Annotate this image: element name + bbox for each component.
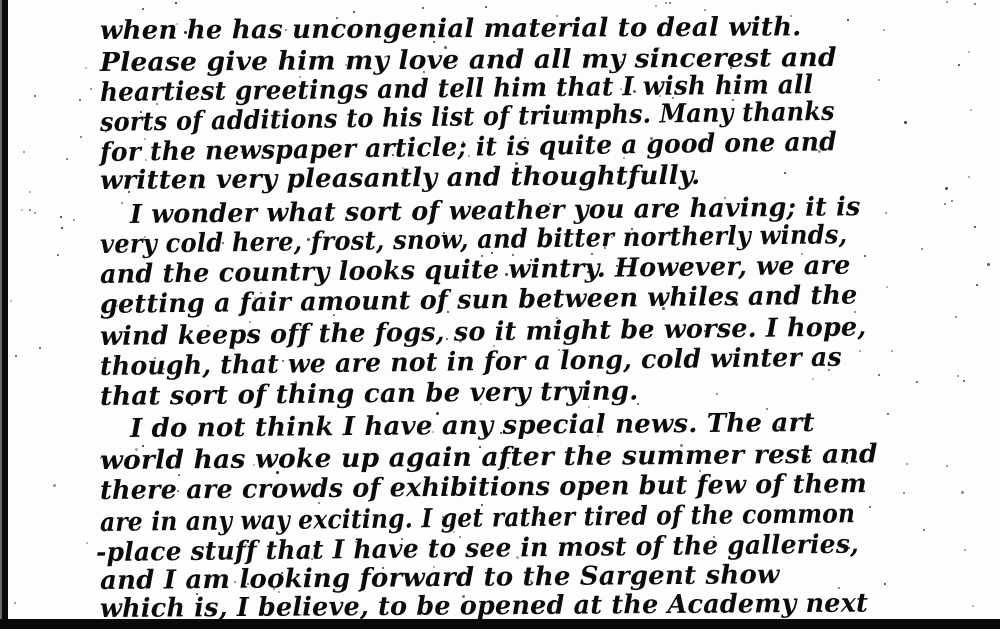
- letter-line: I do not think I have any special news. …: [130, 408, 815, 444]
- scan-speck: [680, 444, 683, 447]
- scan-speck: [556, 317, 558, 319]
- scan-speck: [443, 232, 445, 234]
- scan-speck: [39, 347, 41, 349]
- scan-speck: [260, 292, 262, 294]
- scan-speck: [724, 197, 726, 199]
- scan-speck: [423, 71, 425, 73]
- scan-speck: [846, 462, 848, 464]
- scan-speck: [402, 175, 404, 177]
- scan-speck: [144, 138, 146, 140]
- scan-speck: [869, 506, 871, 508]
- scan-speck: [945, 187, 948, 190]
- scan-speck: [854, 311, 856, 313]
- scan-speck: [539, 511, 541, 513]
- scan-speck: [864, 255, 866, 257]
- scan-speck: [658, 47, 660, 49]
- scan-speck: [818, 150, 821, 153]
- scan-speck: [906, 463, 908, 465]
- scan-speck: [80, 136, 82, 138]
- scan-speck: [128, 520, 130, 522]
- scan-speck: [282, 217, 284, 219]
- scan-speck: [234, 581, 236, 583]
- scan-speck: [222, 242, 224, 244]
- scan-speck: [196, 593, 198, 595]
- scan-speck: [481, 255, 483, 257]
- scan-speck: [175, 2, 177, 4]
- scan-speck: [90, 88, 92, 90]
- scan-speck: [659, 95, 661, 97]
- scan-speck: [15, 355, 17, 357]
- scan-speck: [468, 155, 470, 157]
- scan-speck: [73, 219, 75, 221]
- scan-speck: [634, 244, 636, 246]
- scan-speck: [730, 67, 732, 69]
- scan-speck: [847, 19, 849, 21]
- scan-speck: [655, 5, 657, 7]
- scan-speck: [946, 1, 948, 3]
- scan-speck: [963, 380, 965, 382]
- scan-speck: [61, 227, 63, 229]
- scan-speck: [604, 247, 606, 249]
- scan-speck: [29, 191, 31, 193]
- scan-speck: [568, 113, 570, 115]
- scan-speck: [488, 154, 490, 156]
- scan-speck: [353, 11, 355, 13]
- scanned-letter-page: when he has uncongenial material to deal…: [0, 0, 1000, 629]
- scan-speck: [163, 368, 165, 370]
- scan-speck: [794, 426, 796, 428]
- scan-speck: [493, 345, 495, 347]
- scan-speck: [790, 15, 792, 17]
- scan-speck: [970, 109, 972, 111]
- scan-speck: [34, 212, 36, 214]
- scan-speck: [121, 202, 123, 204]
- scan-speck: [859, 350, 861, 352]
- scan-speck: [249, 321, 251, 323]
- scan-speck: [142, 8, 144, 10]
- scan-speck: [23, 151, 25, 153]
- scan-speck: [653, 241, 655, 243]
- scan-speck: [184, 31, 187, 34]
- scan-speck: [884, 583, 886, 585]
- scan-speck: [838, 587, 840, 589]
- scan-speck: [665, 2, 667, 4]
- scan-speck: [887, 413, 889, 415]
- scan-speck: [807, 455, 810, 458]
- scan-speck: [578, 118, 580, 120]
- scan-speck: [127, 117, 129, 119]
- scan-speck: [968, 51, 970, 53]
- scan-speck: [591, 253, 593, 255]
- scan-speck: [273, 588, 275, 590]
- left-border: [2, 0, 8, 622]
- scan-speck: [421, 333, 423, 335]
- scan-speck: [558, 349, 560, 351]
- scan-speck: [34, 95, 36, 97]
- scan-speck: [505, 273, 508, 276]
- scan-speck: [974, 3, 976, 5]
- scan-speck: [921, 248, 923, 250]
- scan-speck: [29, 209, 31, 211]
- scan-speck: [812, 378, 814, 380]
- scan-speck: [976, 284, 978, 286]
- scan-speck: [732, 99, 734, 101]
- scan-speck: [333, 314, 335, 316]
- scan-speck: [365, 154, 367, 156]
- scan-speck: [178, 606, 180, 608]
- scan-speck: [299, 76, 301, 78]
- scan-speck: [886, 286, 888, 288]
- scan-speck: [625, 53, 627, 55]
- scan-speck: [716, 393, 718, 395]
- letter-line: when he has uncongenial material to deal…: [100, 12, 802, 46]
- scan-speck: [964, 549, 966, 551]
- scan-speck: [105, 131, 107, 133]
- scan-speck: [704, 330, 706, 332]
- scan-speck: [662, 307, 665, 310]
- scan-speck: [278, 591, 280, 593]
- scan-speck: [623, 157, 625, 159]
- scan-speck: [148, 183, 150, 185]
- scan-speck: [422, 7, 424, 9]
- scan-speck: [903, 492, 905, 494]
- scan-speck: [497, 32, 499, 34]
- scan-speck: [833, 460, 835, 462]
- scan-speck: [307, 238, 310, 241]
- scan-speck: [987, 263, 990, 266]
- scan-speck: [674, 182, 676, 184]
- scan-speck: [951, 200, 953, 202]
- scan-speck: [86, 542, 88, 544]
- scan-speck: [463, 571, 465, 573]
- scan-speck: [848, 547, 850, 549]
- scan-speck: [883, 29, 885, 31]
- scan-speck: [144, 236, 146, 238]
- scan-speck: [485, 6, 487, 8]
- scan-speck: [957, 375, 959, 377]
- scan-speck: [408, 331, 410, 333]
- scan-speck: [481, 504, 483, 506]
- letter-line: which is, I believe, to be opened at the…: [100, 589, 868, 624]
- scan-speck: [112, 279, 114, 281]
- scan-speck: [14, 602, 16, 604]
- scan-speck: [878, 79, 880, 81]
- scan-speck: [563, 182, 565, 184]
- scan-speck: [21, 209, 23, 211]
- scan-speck: [958, 64, 960, 66]
- scan-speck: [57, 254, 59, 256]
- scan-speck: [401, 538, 403, 540]
- letter-line: written very pleasantly and thoughtfully…: [100, 161, 701, 196]
- scan-speck: [630, 146, 632, 148]
- scan-speck: [885, 212, 887, 214]
- scan-speck: [60, 216, 62, 218]
- scan-speck: [968, 176, 970, 178]
- scan-speck: [784, 172, 786, 174]
- scan-speck: [539, 519, 541, 521]
- scan-speck: [442, 516, 444, 518]
- scan-speck: [620, 88, 622, 90]
- scan-speck: [961, 491, 964, 494]
- scan-speck: [891, 350, 893, 352]
- scan-speck: [336, 17, 338, 19]
- scan-speck: [318, 502, 320, 504]
- scan-speck: [904, 121, 907, 124]
- scan-speck: [955, 316, 957, 318]
- scan-speck: [733, 573, 735, 575]
- scan-speck: [270, 146, 272, 148]
- scan-speck: [828, 110, 830, 112]
- scan-speck: [789, 84, 791, 86]
- scan-speck: [946, 465, 948, 467]
- scan-speck: [462, 595, 465, 598]
- scan-speck: [677, 572, 679, 574]
- scan-speck: [207, 325, 209, 327]
- scan-speck: [597, 88, 599, 90]
- scan-speck: [547, 609, 549, 611]
- scan-speck: [588, 406, 590, 408]
- scan-speck: [916, 381, 918, 383]
- scan-speck: [705, 510, 708, 513]
- scan-speck: [824, 457, 826, 459]
- scan-speck: [245, 544, 247, 546]
- scan-speck: [974, 226, 976, 228]
- scan-speck: [479, 446, 481, 448]
- scan-speck: [644, 578, 646, 580]
- scan-speck: [878, 374, 880, 376]
- scan-speck: [79, 99, 81, 101]
- scan-speck: [658, 538, 660, 540]
- scan-speck: [66, 158, 68, 160]
- scan-speck: [53, 484, 56, 487]
- scan-speck: [923, 529, 925, 531]
- scan-speck: [972, 605, 974, 607]
- scan-speck: [515, 162, 518, 165]
- scan-speck: [194, 187, 196, 189]
- scan-speck: [637, 403, 639, 405]
- letter-line: that sort of thing can be very trying.: [100, 376, 639, 412]
- scan-speck: [100, 457, 102, 459]
- scan-speck: [350, 433, 352, 435]
- scan-speck: [85, 67, 87, 69]
- scan-speck: [402, 167, 404, 169]
- scan-speck: [944, 203, 946, 205]
- scan-speck: [704, 9, 706, 11]
- scan-speck: [669, 2, 671, 4]
- scan-speck: [10, 300, 12, 302]
- scan-speck: [631, 228, 633, 230]
- scan-speck: [350, 388, 352, 390]
- scan-speck: [539, 172, 541, 174]
